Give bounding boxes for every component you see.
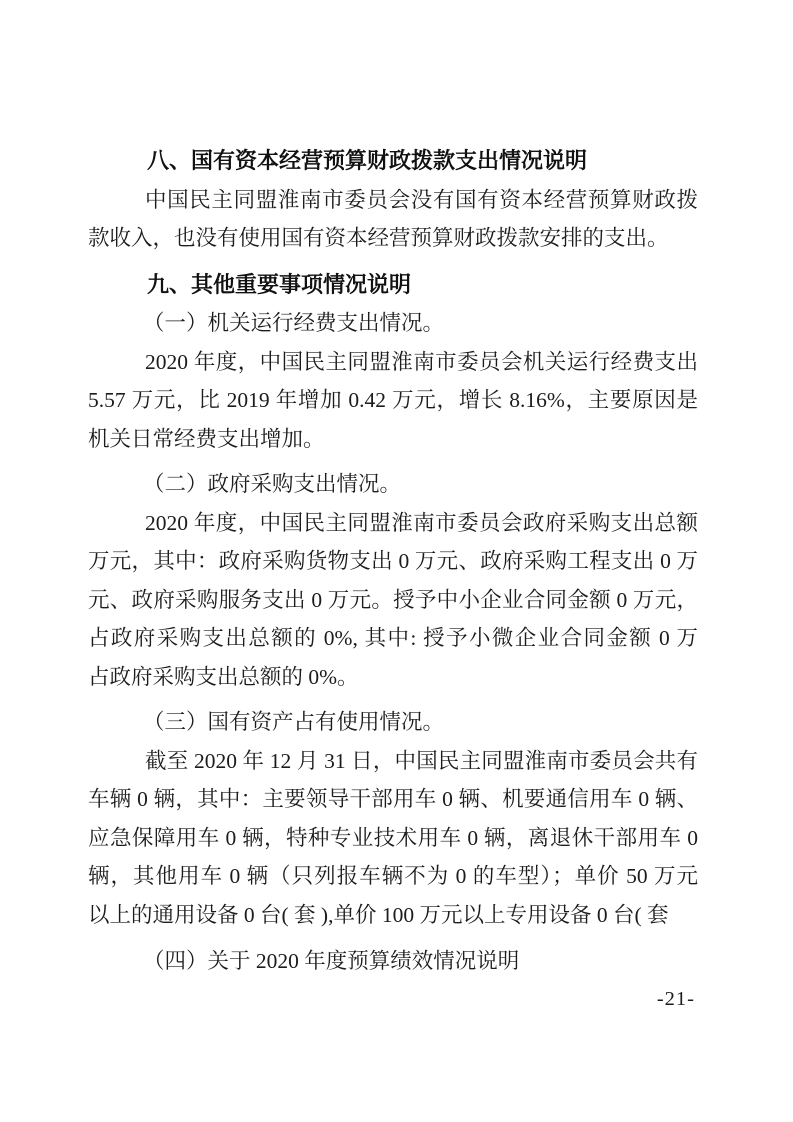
document-content: 八、国有资本经营预算财政拨款支出情况说明 中国民主同盟淮南市委员会没有国有资本经… [88,142,698,981]
text-line: 中国民主同盟淮南市委员会没有国有资本经营预算财政拨 [88,181,698,220]
text-line: 5.57 万元，比 2019 年增加 0.42 万元，增长 8.16%，主要原因… [88,381,698,420]
text-line: 2020 年度，中国民主同盟淮南市委员会机关运行经费支出 [88,343,698,382]
text-line: 万元，其中：政府采购货物支出 0 万元、政府采购工程支出 0 万 [88,542,698,581]
section-9-sub2-paragraph: 2020 年度，中国民主同盟淮南市委员会政府采购支出总额 0 万元，其中：政府采… [88,504,698,697]
text-line: 占政府采购支出总额的 0%。 [88,658,698,697]
section-9-sub3-heading: （三）国有资产占有使用情况。 [88,703,698,742]
text-line: 占政府采购支出总额的 0%, 其中: 授予小微企业合同金额 0 万元， [88,619,698,658]
section-9-sub2-heading: （二）政府采购支出情况。 [88,465,698,504]
text-line: 辆，其他用车 0 辆（只列报车辆不为 0 的车型）；单价 50 万元 [88,857,698,896]
section-8-heading: 八、国有资本经营预算财政拨款支出情况说明 [88,142,698,181]
text-line: 以上的通用设备 0 台( 套 ),单价 100 万元以上专用设备 0 台( 套 … [88,896,698,935]
section-9-sub1-paragraph: 2020 年度，中国民主同盟淮南市委员会机关运行经费支出 5.57 万元，比 2… [88,343,698,459]
page-number: -21- [657,986,695,1012]
text-line: 截至 2020 年 12 月 31 日，中国民主同盟淮南市委员会共有 [88,742,698,781]
text-line: 2020 年度，中国民主同盟淮南市委员会政府采购支出总额 0 [88,504,698,543]
text-line: 元、政府采购服务支出 0 万元。授予中小企业合同金额 0 万元， [88,581,698,620]
text-line: 车辆 0 辆，其中：主要领导干部用车 0 辆、机要通信用车 0 辆、 [88,780,698,819]
text-line: 应急保障用车 0 辆，特种专业技术用车 0 辆，离退休干部用车 0 [88,819,698,858]
text-line: 款收入，也没有使用国有资本经营预算财政拨款安排的支出。 [88,219,698,258]
section-8-paragraph: 中国民主同盟淮南市委员会没有国有资本经营预算财政拨 款收入，也没有使用国有资本经… [88,181,698,258]
section-9-sub3-paragraph: 截至 2020 年 12 月 31 日，中国民主同盟淮南市委员会共有 车辆 0 … [88,742,698,935]
document-page: 八、国有资本经营预算财政拨款支出情况说明 中国民主同盟淮南市委员会没有国有资本经… [0,0,793,1122]
section-9-heading: 九、其他重要事项情况说明 [88,266,698,305]
section-9-sub1-heading: （一）机关运行经费支出情况。 [88,304,698,343]
text-line: 机关日常经费支出增加。 [88,420,698,459]
section-9-sub4-heading: （四）关于 2020 年度预算绩效情况说明 [88,942,698,981]
